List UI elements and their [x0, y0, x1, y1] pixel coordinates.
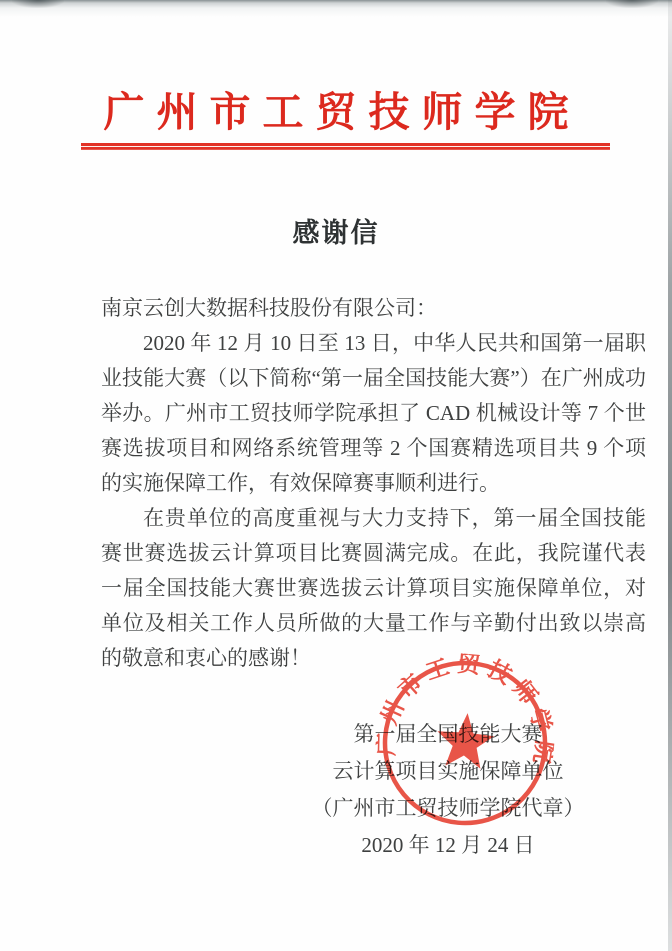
scanned-letter-page: 广州市工贸技师学院 感谢信 南京云创大数据科技股份有限公司： 2020 年 12…: [0, 0, 672, 951]
body-line: 在贵单位的高度重视与大力支持下，第一届全国技能大: [101, 501, 646, 536]
body-line: 的敬意和衷心的感谢！: [101, 641, 646, 676]
seal-star-icon: [434, 711, 496, 770]
letter-title: 感谢信: [0, 211, 672, 250]
letterhead-rule: [81, 143, 610, 150]
body-line: 赛世赛选拔云计算项目比赛圆满完成。在此，我院谨代表第: [101, 536, 646, 571]
body-line: 2020 年 12 月 10 日至 13 日，中华人民共和国第一届职: [101, 326, 646, 361]
body-line: 赛选拔项目和网络系统管理等 2 个国赛精选项目共 9 个项目: [101, 431, 646, 466]
scan-edge-top-artifact: [0, 0, 672, 18]
salutation-line: 南京云创大数据科技股份有限公司：: [101, 291, 646, 326]
scan-corner-smudge-right: [606, 0, 658, 8]
official-seal: 广州市工贸技师学院: [369, 647, 562, 840]
body-line: 的实施保障工作，有效保障赛事顺利进行。: [101, 466, 646, 501]
signature-date-line: 2020 年 12 月 24 日: [248, 827, 648, 864]
letterhead-org-name: 广州市工贸技师学院: [0, 79, 672, 138]
body-line: 举办。广州市工贸技师学院承担了 CAD 机械设计等 7 个世: [101, 396, 646, 431]
scan-edge-right-artifact: [668, 0, 672, 951]
body-line: 单位及相关工作人员所做的大量工作与辛勤付出致以崇高: [101, 606, 646, 641]
letter-body: 南京云创大数据科技股份有限公司： 2020 年 12 月 10 日至 13 日，…: [101, 291, 646, 676]
scan-corner-smudge-left: [12, 0, 64, 8]
body-line: 一届全国技能大赛世赛选拔云计算项目实施保障单位，对贵: [101, 571, 646, 606]
body-line: 业技能大赛（以下简称“第一届全国技能大赛”）在广州成功: [101, 361, 646, 396]
